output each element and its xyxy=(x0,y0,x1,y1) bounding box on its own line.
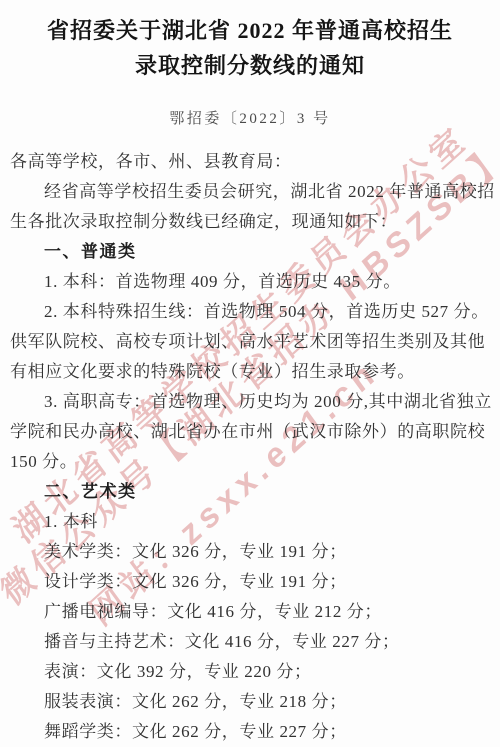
document-body: 各高等学校，各市、州、县教育局：经省高等学校招生委员会研究，湖北省 2022 年… xyxy=(10,147,492,747)
body-line: 设计学类：文化 326 分，专业 191 分； xyxy=(10,567,492,597)
body-line: 生各批次录取控制分数线已经确定，现通知如下： xyxy=(10,207,492,237)
body-line: 1. 本科 xyxy=(10,507,492,537)
body-line: 舞蹈学类：文化 262 分，专业 227 分； xyxy=(10,717,492,747)
notice-document-page: 湖北省高等学校招生委员会办公室 微信公众号【湖北省招办 HBSZSB】 网站：z… xyxy=(0,0,500,747)
section-heading: 二、艺术类 xyxy=(10,477,492,507)
body-line: 150 分。 xyxy=(10,447,492,477)
body-line: 播音与主持艺术：文化 416 分，专业 227 分； xyxy=(10,627,492,657)
body-line: 经省高等学校招生委员会研究，湖北省 2022 年普通高校招 xyxy=(10,177,492,207)
body-line: 美术学类：文化 326 分，专业 191 分； xyxy=(10,537,492,567)
body-line: 2. 本科特殊招生线：首选物理 504 分，首选历史 527 分。 xyxy=(10,297,492,327)
body-line: 有相应文化要求的特殊院校（专业）招生录取参考。 xyxy=(10,357,492,387)
body-line: 广播电视编导：文化 416 分，专业 212 分； xyxy=(10,597,492,627)
body-line: 表演：文化 392 分，专业 220 分； xyxy=(10,657,492,687)
body-line: 1. 本科：首选物理 409 分，首选历史 435 分。 xyxy=(10,267,492,297)
document-number: 鄂招委〔2022〕3 号 xyxy=(0,107,500,128)
body-line: 3. 高职高专：首选物理、历史均为 200 分,其中湖北省独立 xyxy=(10,387,492,417)
body-line: 供军队院校、高校专项计划、高水平艺术团等招生类别及其他 xyxy=(10,327,492,357)
document-title: 省招委关于湖北省 2022 年普通高校招生 录取控制分数线的通知 xyxy=(0,13,500,83)
body-line: 各高等学校，各市、州、县教育局： xyxy=(10,147,492,177)
document-title-line2: 录取控制分数线的通知 xyxy=(0,48,500,83)
body-line: 服装表演：文化 262 分，专业 218 分； xyxy=(10,687,492,717)
document-title-line1: 省招委关于湖北省 2022 年普通高校招生 xyxy=(0,13,500,48)
body-line: 学院和民办高校、湖北省办在市州（武汉市除外）的高职院校 xyxy=(10,417,492,447)
section-heading: 一、普通类 xyxy=(10,237,492,267)
